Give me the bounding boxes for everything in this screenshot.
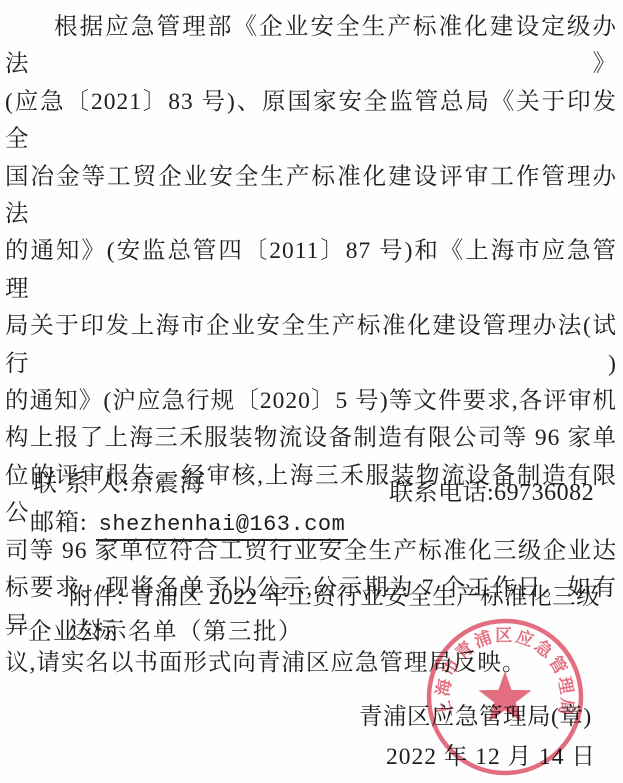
paragraph-line: 构上报了上海三禾服装物流设备制造有限公司等 96 家单 xyxy=(5,420,617,457)
contact-email-label: 邮箱: xyxy=(30,510,88,536)
contact-phone-number: 69736082 xyxy=(494,480,594,506)
seal-star-icon xyxy=(478,671,531,722)
contact-person-label: 联 系 人: xyxy=(33,471,130,497)
contact-person-row: 联 系 人:佘震海 xyxy=(33,463,205,498)
paragraph-line: 根据应急管理部《企业安全生产标准化建设定级办法》 xyxy=(5,9,617,84)
contact-person-name: 佘震海 xyxy=(130,471,205,497)
paragraph-line: (应急〔2021〕83 号)、原国家安全监管总局《关于印发全 xyxy=(5,84,617,159)
contact-phone-row: 联系电话:69736082 xyxy=(389,472,594,507)
paragraph-line: 的通知》(沪应急行规〔2020〕5 号)等文件要求,各评审机 xyxy=(5,383,617,420)
contact-phone-label: 联系电话: xyxy=(389,480,494,506)
paragraph-line: 局关于印发上海市企业安全生产标准化建设管理办法(试行) xyxy=(5,308,617,383)
paragraph-line: 国冶金等工贸企业安全生产标准化建设评审工作管理办法 xyxy=(5,159,617,234)
paragraph-line: 的通知》(安监总管四〔2011〕87 号)和《上海市应急管理 xyxy=(5,233,617,308)
contact-email-row: 邮箱:shezhenhai@163.com xyxy=(30,502,348,541)
document-page: 根据应急管理部《企业安全生产标准化建设定级办法》 (应急〔2021〕83 号)、… xyxy=(0,0,623,783)
official-seal: 上海市青浦区应急管理局 xyxy=(421,613,589,781)
contact-email-address: shezhenhai@163.com xyxy=(96,512,349,541)
attachment-line: 企业公示名单（第三批） xyxy=(28,612,303,646)
